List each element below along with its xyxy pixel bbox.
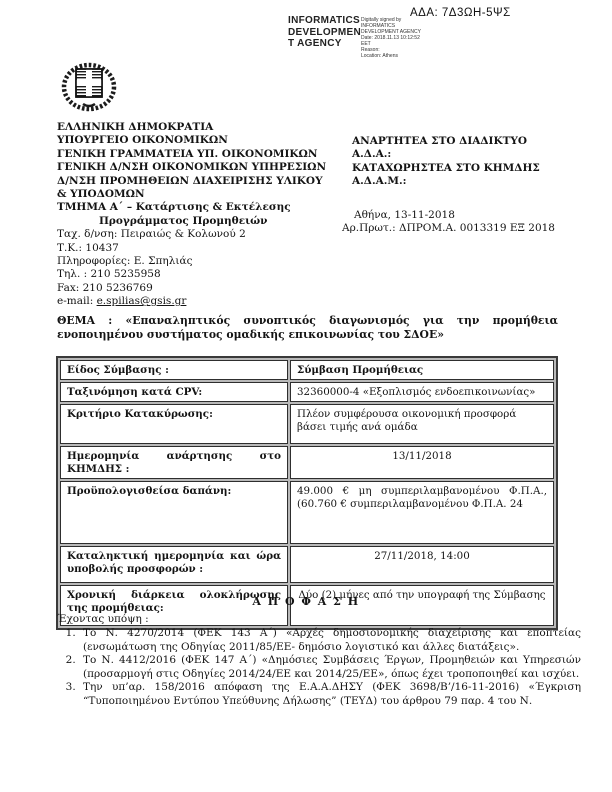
agency-org-line: Δ/ΝΣΗ ΠΡΟΜΗΘΕΙΩΝ ΔΙΑΧΕΙΡΙΣΗΣ ΥΛΙΚΟΥ xyxy=(57,175,357,188)
stamp-agency-line: T AGENCY xyxy=(288,38,366,50)
stamp-agency-line: INFORMATICS xyxy=(288,15,366,27)
table-row-label: Προϋπολογισθείσα δαπάνη: xyxy=(60,481,288,544)
email-label: e-mail: xyxy=(57,295,97,307)
decision-intro: Έχοντας υπόψη : xyxy=(57,613,149,625)
table-row-value: Πλέον συμφέρουσα οικονομική προσφορά βάσ… xyxy=(290,404,554,444)
protocol-number: Αρ.Πρωτ.: ΔΠΡΟΜ.Α. 0013319 ΕΞ 2018 xyxy=(342,222,568,235)
agency-org-line: ΓΕΝΙΚΗ Δ/ΝΣΗ ΟΙΚΟΝΟΜΙΚΩΝ ΥΠΗΡΕΣΙΩΝ xyxy=(57,161,357,174)
email-link[interactable]: e.spilias@gsis.gr xyxy=(97,295,187,307)
legal-basis-item: Το Ν. 4270/2014 (ΦΕΚ 143 Α΄) «Αρχές δημο… xyxy=(79,627,581,654)
legal-basis-item: Το Ν. 4412/2016 (ΦΕΚ 147 Α΄) «Δημόσιες Σ… xyxy=(79,654,581,681)
agency-contact-lines: Ταχ. δ/νση: Πειραιώς & Κολωνού 2Τ.Κ.: 10… xyxy=(57,228,357,295)
agency-contact-line: Fax: 210 5236769 xyxy=(57,282,357,295)
agency-org-line: ΕΛΛΗΝΙΚΗ ΔΗΜΟΚΡΑΤΙΑ xyxy=(57,121,357,134)
stamp-detail-line: Location: Athens xyxy=(361,53,436,59)
agency-org-lines: ΕΛΛΗΝΙΚΗ ΔΗΜΟΚΡΑΤΙΑΥΠΟΥΡΓΕΙΟ ΟΙΚΟΝΟΜΙΚΩΝ… xyxy=(57,121,357,215)
decision-heading: Α Π Ο Φ Α Σ Η xyxy=(0,595,612,608)
table-row-label: Καταληκτική ημερομηνία και ώρα υποβολής … xyxy=(60,546,288,583)
agency-header: ΕΛΛΗΝΙΚΗ ΔΗΜΟΚΡΑΤΙΑΥΠΟΥΡΓΕΙΟ ΟΙΚΟΝΟΜΙΚΩΝ… xyxy=(57,121,357,309)
agency-dept-line: Προγράμματος Προμηθειών xyxy=(57,215,357,228)
table-row-label: Είδος Σύμβασης : xyxy=(60,360,288,380)
legal-basis-list: Το Ν. 4270/2014 (ΦΕΚ 143 Α΄) «Αρχές δημο… xyxy=(57,627,581,708)
agency-contact-line: Ταχ. δ/νση: Πειραιώς & Κολωνού 2 xyxy=(57,228,357,241)
agency-org-line: ΥΠΟΥΡΓΕΙΟ ΟΙΚΟΝΟΜΙΚΩΝ xyxy=(57,134,357,147)
table-row-label: Κριτήριο Κατακύρωσης: xyxy=(60,404,288,444)
agency-org-line: ΓΕΝΙΚΗ ΓΡΑΜΜΑΤΕΙΑ ΥΠ. ΟΙΚΟΝΟΜΙΚΩΝ xyxy=(57,148,357,161)
table-row: Ταξινόμηση κατά CPV: 32360000-4 «Εξοπλισ… xyxy=(60,382,554,402)
table-row-value: 27/11/2018, 14:00 xyxy=(290,546,554,583)
table-row-value: 49.000 € μη συμπεριλαμβανομένου Φ.Π.Α., … xyxy=(290,481,554,544)
document-page: ΑΔΑ: 7Δ3ΩΗ-5ΨΣ INFORMATICSDEVELOPMENT AG… xyxy=(0,0,612,792)
table-row: Κριτήριο Κατακύρωσης: Πλέον συμφέρουσα ο… xyxy=(60,404,554,444)
table-row-value: 32360000-4 «Εξοπλισμός ενδοεπικοινωνίας» xyxy=(290,382,554,402)
agency-contact-line: Πληροφορίες: Ε. Σπηλιάς xyxy=(57,255,357,268)
table-row: Καταληκτική ημερομηνία και ώρα υποβολής … xyxy=(60,546,554,583)
city-date: Αθήνα, 13-11-2018 xyxy=(342,209,568,222)
stamp-agency-line: DEVELOPMEN xyxy=(288,27,366,39)
table-row: Ημερομηνία ανάρτησης στο ΚΗΜΔΗΣ : 13/11/… xyxy=(60,446,554,479)
agency-contact-line: Τηλ. : 210 5235958 xyxy=(57,268,357,281)
signature-stamp-details: Digitally signed byINFORMATICSDEVELOPMEN… xyxy=(361,17,436,59)
table-row-value: 13/11/2018 xyxy=(290,446,554,479)
publication-notice-line: Α.Δ.Α.Μ.: xyxy=(352,175,567,188)
table-row: Είδος Σύμβασης : Σύμβαση Προμήθειας xyxy=(60,360,554,380)
procurement-info-table: Είδος Σύμβασης : Σύμβαση Προμήθειας Ταξι… xyxy=(56,356,558,630)
table-row-label: Ημερομηνία ανάρτησης στο ΚΗΜΔΗΣ : xyxy=(60,446,288,479)
agency-org-line: & ΥΠΟΔΟΜΩΝ xyxy=(57,188,357,201)
agency-contact-line: Τ.Κ.: 10437 xyxy=(57,242,357,255)
date-protocol-block: Αθήνα, 13-11-2018 Αρ.Πρωτ.: ΔΠΡΟΜ.Α. 001… xyxy=(342,209,568,236)
table-row-label: Ταξινόμηση κατά CPV: xyxy=(60,382,288,402)
table-row-value: Σύμβαση Προμήθειας xyxy=(290,360,554,380)
publication-notice-line: ΚΑΤΑΧΩΡΗΣΤΕΑ ΣΤΟ ΚΗΜΔΗΣ xyxy=(352,162,567,175)
publication-notice-line: ΑΝΑΡΤΗΤΕΑ ΣΤΟ ΔΙΑΔΙΚΤΥΟ xyxy=(352,135,567,148)
email-line: e-mail: e.spilias@gsis.gr xyxy=(57,295,357,308)
publication-notices: ΑΝΑΡΤΗΤΕΑ ΣΤΟ ΔΙΑΔΙΚΤΥΟΑ.Δ.Α.:ΚΑΤΑΧΩΡΗΣΤ… xyxy=(352,135,567,189)
greek-national-emblem-icon xyxy=(61,62,117,114)
signature-stamp-agency: INFORMATICSDEVELOPMENT AGENCY xyxy=(288,15,366,50)
publication-notice-line: Α.Δ.Α.: xyxy=(352,148,567,161)
table-row: Προϋπολογισθείσα δαπάνη: 49.000 € μη συμ… xyxy=(60,481,554,544)
legal-basis-item: Την υπ’αρ. 158/2016 απόφαση της Ε.Α.Α.ΔΗ… xyxy=(79,681,581,708)
subject-line: ΘΕΜΑ : «Επαναληπτικός συνοπτικός διαγωνι… xyxy=(57,314,558,341)
agency-org-line: ΤΜΗΜΑ Α΄ – Κατάρτισης & Εκτέλεσης xyxy=(57,201,357,214)
